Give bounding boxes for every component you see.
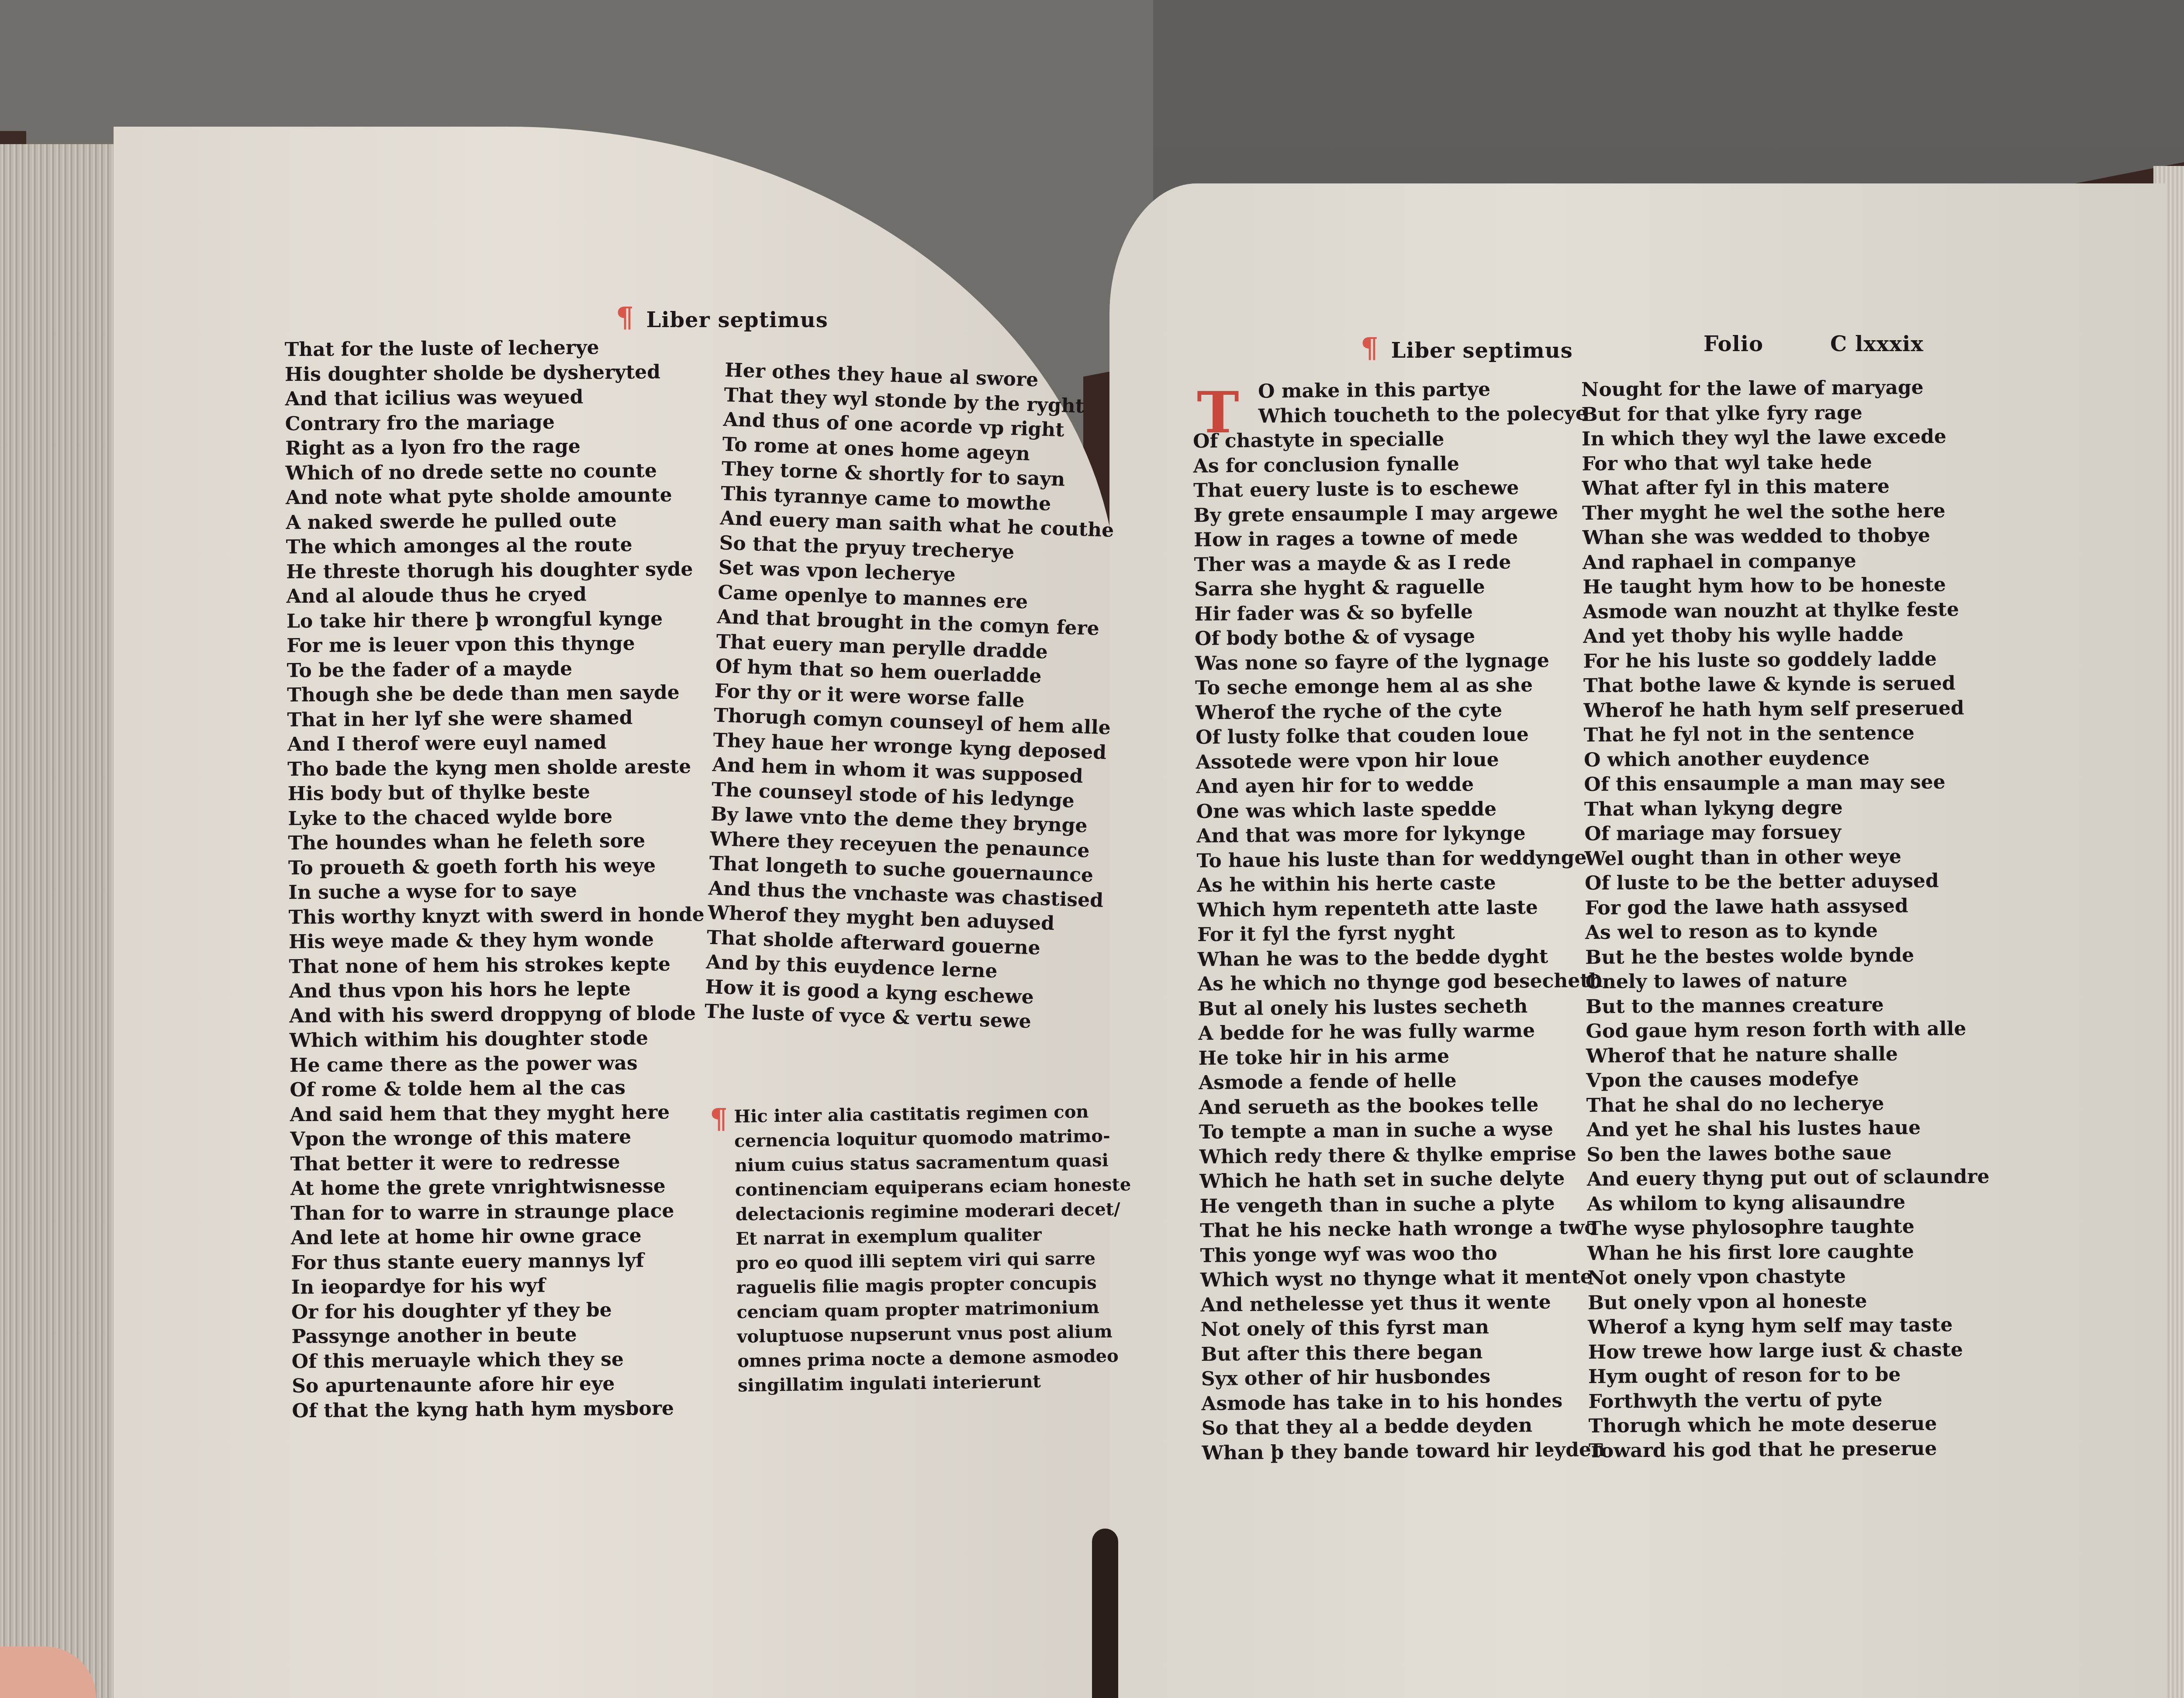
verse-line: For god the lawe hath assysed — [1585, 893, 1987, 921]
verse-line: Whan she was wedded to thobye — [1582, 523, 1985, 551]
verse-line: The which amonges al the route — [286, 532, 702, 560]
book-gutter — [1092, 1529, 1118, 1698]
verse-line: Forthwyth the vertu of pyte — [1588, 1387, 1991, 1414]
right-page-column-2: Nought for the lawe of maryageBut for th… — [1581, 375, 1991, 1463]
verse-line: As he which no thynge god besecheth — [1198, 969, 1603, 997]
folio-label: Folio — [1704, 332, 1763, 356]
verse-line: Which he hath set in suche delyte — [1199, 1166, 1605, 1194]
left-running-head: ¶ Liber septimus — [616, 301, 828, 334]
verse-line: His body but of thylke beste — [287, 779, 703, 807]
verse-line: Passynge another in beute — [291, 1322, 707, 1349]
verse-line: What after fyl in this matere — [1582, 474, 1985, 501]
verse-line: Toward his god that he preserue — [1589, 1436, 1991, 1463]
verse-line: And lete at home hir owne grace — [291, 1223, 707, 1251]
verse-line: And serueth as the bookes telle — [1199, 1092, 1604, 1120]
verse-line: But al onely his lustes secheth — [1198, 993, 1603, 1022]
verse-line: And that icilius was weyued — [285, 384, 701, 412]
verse-line: Hym ought of reson for to be — [1588, 1362, 1991, 1390]
verse-line: But for that ylke fyry rage — [1581, 400, 1984, 427]
verse-line: Of luste to be the better aduysed — [1585, 869, 1987, 896]
verse-line: To proueth & goeth forth his weye — [288, 853, 704, 880]
verse-line: That he his necke hath wronge a two — [1200, 1215, 1605, 1244]
verse-line: So that they al a bedde deyden — [1202, 1413, 1607, 1441]
folio-number: C lxxxix — [1830, 332, 1924, 356]
verse-line: Of chastyte in specialle — [1193, 426, 1598, 454]
left-page-column-1: That for the luste of lecheryeHis dought… — [284, 335, 708, 1424]
verse-line: Ther was a mayde & as I rede — [1194, 549, 1599, 577]
verse-line: Not onely of this fyrst man — [1201, 1314, 1606, 1343]
verse-line: That he fyl not in the sentence — [1584, 721, 1987, 748]
verse-line: Asmode wan nouzht at thylke feste — [1583, 597, 1986, 625]
verse-line: To haue his luste than for weddynge — [1196, 845, 1602, 873]
verse-line: Assotede were vpon hir loue — [1196, 746, 1601, 775]
verse-line: Of body bothe & of vysage — [1195, 623, 1600, 652]
verse-line: And yet thoby his wylle hadde — [1583, 622, 1986, 649]
verse-line: That better it were to redresse — [290, 1149, 706, 1177]
pilcrow-icon: ¶ — [616, 301, 634, 334]
verse-line: Was none so fayre of the lygnage — [1195, 648, 1600, 676]
verse-line: Asmode has take in to his hondes — [1201, 1388, 1607, 1416]
verse-line: He came there as the power was — [290, 1050, 705, 1078]
verse-line: The wyse phylosophre taughte — [1587, 1214, 1990, 1242]
verse-line: That he shal do no lecherye — [1586, 1091, 1989, 1118]
verse-line: How in rages a towne of mede — [1194, 525, 1599, 553]
verse-line: And yet he shal his lustes haue — [1586, 1115, 1989, 1143]
verse-line: To be the fader of a mayde — [287, 656, 702, 683]
verse-line: And raphael in companye — [1583, 548, 1985, 575]
verse-line: Of rome & tolde hem al the cas — [290, 1075, 705, 1103]
verse-line: Of mariage may forsuey — [1584, 819, 1987, 847]
verse-line: A naked swerde he pulled oute — [286, 507, 702, 535]
verse-line: That bothe lawe & kynde is serued — [1583, 671, 1986, 699]
verse-line: That whan lykyng degre — [1584, 794, 1987, 822]
verse-line: That in her lyf she were shamed — [287, 705, 703, 732]
verse-line: Onely to lawes of nature — [1585, 967, 1988, 995]
verse-line: And thus vpon his hors he lepte — [289, 977, 705, 1004]
verse-line: Syx other of hir husbondes — [1201, 1363, 1607, 1392]
verse-line: Ther myght he wel the sothe here — [1582, 498, 1985, 526]
verse-line: That for the luste of lecherye — [284, 335, 700, 362]
verse-line: Which hym repenteth atte laste — [1197, 894, 1602, 923]
verse-line: As whilom to kyng alisaundre — [1587, 1189, 1990, 1217]
verse-line: Thorugh which he mote deserue — [1589, 1412, 1991, 1439]
verse-line: A bedde for he was fully warme — [1198, 1018, 1603, 1046]
verse-line: Which withim his doughter stode — [289, 1026, 705, 1053]
right-page-column-1: O make in this partyeWhich toucheth to t… — [1192, 376, 1607, 1466]
verse-line: And said hem that they myght here — [290, 1100, 706, 1127]
verse-line: Not onely vpon chastyte — [1587, 1263, 1990, 1291]
verse-line: But onely vpon al honeste — [1588, 1288, 1990, 1315]
verse-line: And al aloude thus he cryed — [286, 582, 702, 609]
verse-line: Nought for the lawe of maryage — [1581, 375, 1984, 403]
verse-line: Which toucheth to the polecye — [1192, 401, 1598, 429]
verse-line: He vengeth than in suche a plyte — [1199, 1191, 1605, 1219]
verse-line: And ayen hir for to wedde — [1196, 771, 1601, 800]
running-head-title: Liber septimus — [1391, 338, 1572, 363]
verse-line: At home the grete vnrightwisnesse — [290, 1174, 706, 1201]
verse-line: Of lusty folke that couden loue — [1196, 722, 1601, 750]
left-page-column-2: Her othes they haue al sworeThat they wy… — [704, 358, 1122, 1036]
verse-line: He taught hym how to be honeste — [1583, 573, 1985, 600]
verse-line: Than for to warre in straunge place — [290, 1198, 706, 1226]
verse-line: This yonge wyf was woo tho — [1200, 1240, 1605, 1268]
verse-line: And with his swerd droppyng of blode — [289, 1001, 705, 1028]
verse-line: In which they wyl the lawe excede — [1582, 424, 1984, 452]
verse-line: His doughter sholde be dysheryted — [285, 359, 701, 387]
verse-line: This worthy knyzt with swerd in honde — [288, 902, 704, 930]
verse-line: And I therof were euyl named — [287, 730, 703, 757]
page-edges-left — [0, 144, 118, 1698]
verse-line: In ieopardye for his wyf — [291, 1273, 707, 1300]
verse-line: Of this meruayle which they se — [292, 1346, 708, 1374]
verse-line: Vpon the wronge of this matere — [290, 1125, 706, 1152]
verse-line: Wherof he hath hym self preserued — [1583, 696, 1986, 723]
verse-line: To tempte a man in suche a wyse — [1199, 1117, 1604, 1145]
verse-line: Of this ensaumple a man may see — [1584, 770, 1987, 797]
verse-line: As he within his herte caste — [1197, 870, 1602, 898]
verse-line: But after this there began — [1201, 1339, 1606, 1367]
verse-line: But he the bestes wolde bynde — [1585, 942, 1988, 970]
verse-line: That none of hem his strokes kepte — [289, 952, 705, 979]
verse-line: Wherof a kyng hym self may taste — [1588, 1313, 1990, 1340]
verse-line: For me is leuer vpon this thynge — [287, 631, 702, 659]
verse-line: He threste thorugh his doughter syde — [286, 557, 702, 584]
verse-line: In suche a wyse for to saye — [288, 878, 704, 905]
verse-line: The houndes whan he feleth sore — [288, 828, 704, 856]
verse-line: And note what pyte sholde amounte — [286, 483, 702, 511]
verse-line: So ben the lawes bothe saue — [1586, 1140, 1989, 1167]
verse-line: But to the mannes creature — [1586, 992, 1988, 1019]
verse-line: God gaue hym reson forth with alle — [1586, 1017, 1988, 1044]
verse-line: That euery luste is to eschewe — [1193, 475, 1599, 504]
verse-line: And that was more for lykynge — [1196, 821, 1602, 849]
verse-line: Whan þ they bande toward hir leyden — [1202, 1437, 1607, 1466]
verse-line: Asmode a fende of helle — [1199, 1067, 1604, 1096]
verse-line: Wherof the ryche of the cyte — [1195, 697, 1600, 725]
verse-line: Whan he was to the bedde dyght — [1197, 944, 1603, 972]
verse-line: As for conclusion fynalle — [1193, 450, 1598, 479]
verse-line: Wherof that he nature shalle — [1586, 1041, 1989, 1069]
verse-line: Or for his doughter yf they be — [291, 1297, 707, 1325]
verse-line: And nethelesse yet thus it wente — [1200, 1289, 1606, 1318]
verse-line: Of that the kyng hath hym mysbore — [292, 1396, 708, 1423]
verse-line: Which wyst no thynge what it mente — [1200, 1265, 1606, 1293]
verse-line: Which redy there & thylke emprise — [1199, 1141, 1604, 1170]
verse-line: To seche emonge hem al as she — [1195, 673, 1600, 701]
verse-line: O make in this partye — [1192, 376, 1598, 405]
verse-line: Tho bade the kyng men sholde areste — [287, 754, 703, 782]
right-running-head: ¶ Liber septimus — [1361, 332, 1573, 365]
verse-line: For thus stante euery mannys lyf — [291, 1248, 707, 1275]
verse-line: For it fyl the fyrst nyght — [1197, 919, 1603, 948]
verse-line: Sarra she hyght & raguelle — [1194, 574, 1600, 602]
verse-line: Whan he his first lore caughte — [1587, 1239, 1990, 1266]
verse-line: Wel ought than in other weye — [1584, 844, 1987, 871]
verse-line: One was which laste spedde — [1196, 796, 1601, 824]
verse-line: He toke hir in his arme — [1198, 1042, 1603, 1071]
verse-line: Lo take hir there þ wrongful kynge — [287, 606, 702, 634]
verse-line: Right as a lyon fro the rage — [285, 434, 701, 461]
latin-gloss: Hic inter alia castitatis regimen concer… — [712, 1099, 1134, 1398]
verse-line: And euery thyng put out of sclaundre — [1587, 1165, 1990, 1192]
running-head-title: Liber septimus — [646, 308, 828, 332]
pilcrow-icon: ¶ — [1361, 332, 1379, 365]
verse-line: For who that wyl take hede — [1582, 449, 1984, 476]
verse-line: How trewe how large iust & chaste — [1588, 1337, 1990, 1365]
verse-line: O which another euydence — [1584, 745, 1987, 773]
verse-line: Hir fader was & so byfelle — [1194, 598, 1600, 627]
verse-line: By grete ensaumple I may argewe — [1193, 500, 1599, 528]
verse-line: For he his luste so goddely ladde — [1583, 646, 1986, 674]
verse-line: Which of no drede sette no counte — [285, 458, 701, 486]
verse-line: Though she be dede than men sayde — [287, 680, 703, 708]
verse-line: Lyke to the chaced wylde bore — [288, 804, 704, 831]
verse-line: Vpon the causes modefye — [1586, 1066, 1989, 1094]
verse-line: Contrary fro the mariage — [285, 409, 701, 436]
verse-line: So apurtenaunte afore hir eye — [292, 1371, 708, 1399]
verse-line: His weye made & they hym wonde — [289, 927, 705, 955]
verse-line: As wel to reson as to kynde — [1585, 918, 1988, 946]
